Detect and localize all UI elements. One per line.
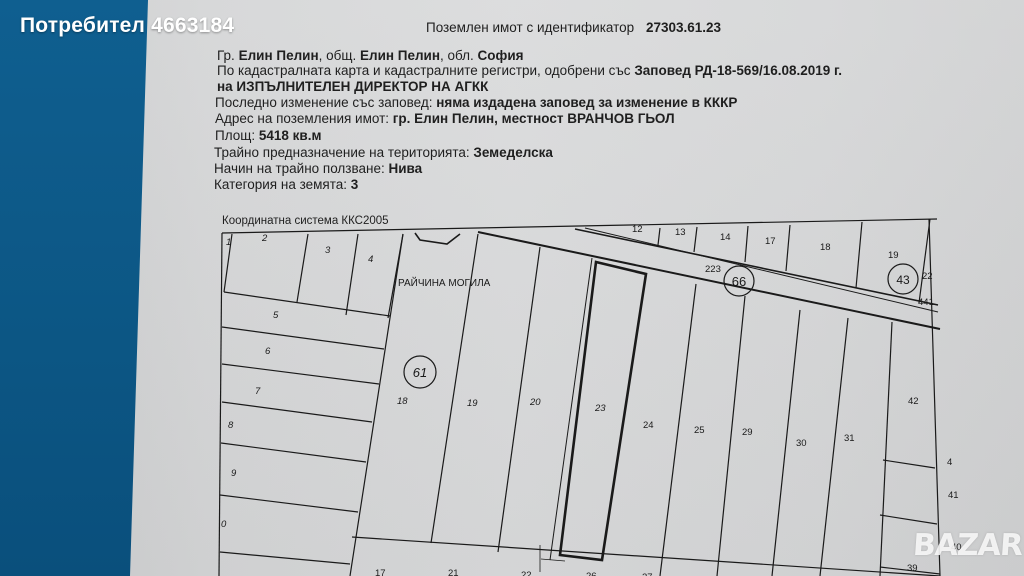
parcel-label: 41 [948, 490, 959, 501]
parcel-label: 24 [643, 420, 654, 431]
parcel-label: 30 [796, 438, 807, 449]
watermark-logo: BAZAR [912, 528, 1024, 563]
parcel-label: 8 [228, 420, 234, 431]
zone-number: 61 [413, 365, 427, 380]
zone-number: 43 [896, 273, 910, 287]
parcel-label: 13 [675, 227, 686, 238]
parcel-label: 18 [820, 242, 831, 253]
locality-label: РАЙЧИНА МОГИЛА [398, 276, 491, 289]
parcel-label: 4 [368, 254, 373, 265]
parcel-label: 3 [325, 245, 331, 256]
parcel-label: 2 [261, 233, 268, 244]
parcel-label: 29 [742, 427, 753, 438]
parcel-label: 14 [720, 232, 731, 243]
parcel-label: 31 [844, 433, 855, 444]
zone-number: 66 [732, 274, 746, 289]
parcel-label-highlighted: 23 [594, 403, 606, 414]
parcel-label: 223 [705, 264, 721, 275]
parcel-label: 0 [221, 519, 227, 530]
parcel-label: 25 [694, 425, 705, 436]
parcel-label: 21 [448, 568, 459, 576]
parcel-label: 20 [529, 397, 541, 408]
parcel-label: 27 [642, 572, 653, 576]
parcel-label: 26 [586, 571, 597, 576]
parcel-label: 42 [908, 396, 919, 407]
parcel-label: 22 [521, 570, 532, 576]
parcel-label: 19 [888, 250, 899, 261]
parcel-label: 18 [397, 396, 408, 407]
parcel-label: 39 [907, 563, 918, 574]
parcel-label: 9 [231, 468, 237, 479]
parcel-label: 17 [765, 236, 776, 247]
parcel-label: 441 [918, 297, 934, 308]
parcel-label: 5 [273, 310, 279, 321]
parcel-label: 1 [226, 237, 231, 248]
parcel-label: 12 [632, 224, 643, 235]
parcel-label: 7 [255, 386, 261, 397]
parcel-label: 4 [947, 457, 952, 468]
cadastral-map: 1 2 3 4 5 6 7 8 9 0 12 13 14 17 18 19 22… [0, 0, 1024, 576]
parcel-label: 19 [467, 398, 478, 409]
parcel-label: 6 [265, 346, 271, 357]
parcel-label: 17 [375, 568, 386, 576]
parcel-label: 22 [922, 271, 933, 282]
